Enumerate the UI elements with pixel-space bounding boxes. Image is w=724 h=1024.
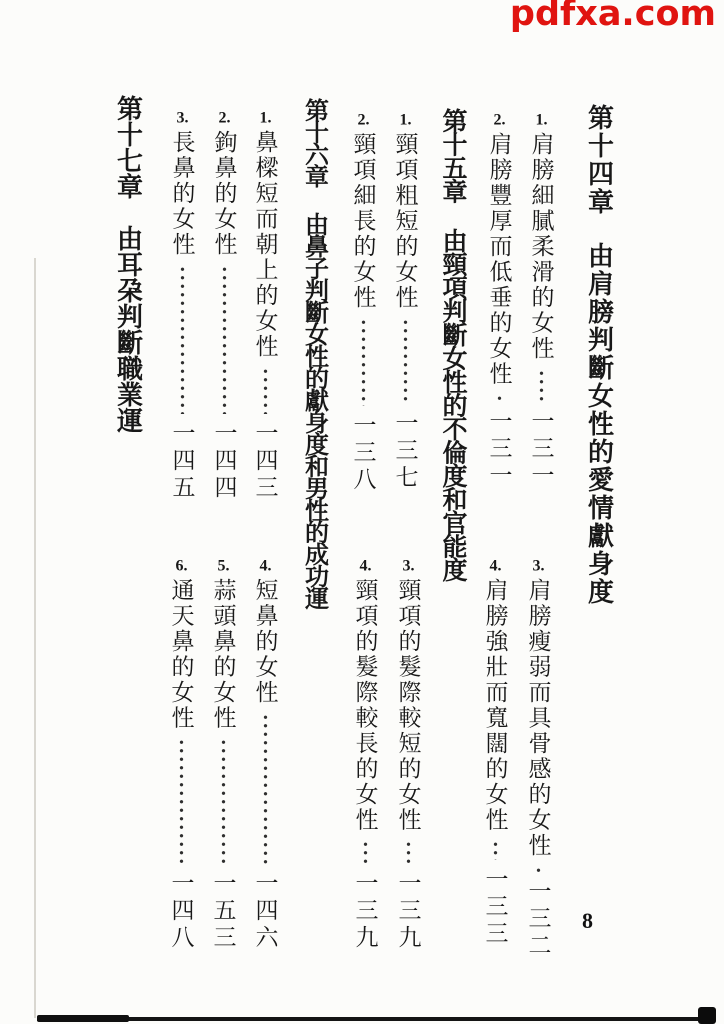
item-title: 短鼻的女性: [249, 578, 282, 706]
dot-leader: [362, 840, 369, 864]
item-title: 肩膀細膩柔滑的女性: [525, 132, 558, 362]
item-page-number: 一四四: [208, 421, 241, 502]
chapter-label: 第十七章: [110, 95, 147, 199]
item-number: 3.: [529, 558, 547, 574]
toc-item-15-3: 3. 頸項的髮際較短的女性 一三九: [387, 558, 429, 952]
item-title: 頸項的髮際較短的女性: [392, 578, 425, 833]
dot-leader: [221, 265, 228, 415]
toc-item-14-3: 3. 肩膀瘦弱而具骨感的女性 一三二: [517, 558, 559, 948]
toc-item-16-1: 1. 鼻樑短而朝上的女性 一四三: [244, 110, 286, 502]
item-number: 4.: [486, 558, 504, 574]
dot-leader: [220, 738, 227, 864]
dot-leader: [262, 713, 269, 865]
toc-item-16-5: 5. 蒜頭鼻的女性 一五三: [202, 558, 244, 952]
chapter-14-heading: 第十四章 由肩膀判斷女性的愛情獻身度: [573, 104, 625, 606]
item-page-number: 一五三: [207, 871, 240, 952]
dot-leader: [262, 367, 269, 415]
chapter-17-heading: 第十七章 由耳朶判斷職業運: [102, 95, 154, 433]
item-title: 長鼻的女性: [166, 130, 199, 258]
item-title: 鉤鼻的女性: [208, 130, 241, 258]
toc-item-16-6: 6. 通天鼻的女性 一四八: [160, 558, 202, 952]
item-title: 肩膀強壯而寬闊的女性: [479, 578, 512, 833]
item-page-number: 一三一: [483, 409, 516, 490]
item-number: 4.: [256, 558, 274, 574]
item-title: 肩膀瘦弱而具骨感的女性: [522, 578, 555, 859]
scan-artifact-bar: [37, 1017, 713, 1021]
page-fold-line: [34, 258, 36, 1018]
item-page-number: 一三七: [389, 411, 422, 492]
dot-leader: [496, 394, 503, 402]
item-title: 頸項粗短的女性: [389, 132, 422, 311]
dot-leader: [178, 738, 185, 864]
item-page-number: 一三九: [349, 871, 382, 952]
item-number: 4.: [356, 558, 374, 574]
scan-artifact-blob: [698, 1007, 716, 1024]
chapter-label: 第十六章: [298, 98, 333, 186]
item-page-number: 一三九: [392, 871, 425, 952]
item-number: 5.: [214, 558, 232, 574]
item-title: 頸項細長的女性: [347, 132, 380, 311]
dot-leader: [538, 369, 545, 403]
item-number: 6.: [172, 558, 190, 574]
item-page-number: 一四五: [166, 421, 199, 502]
item-number: 2.: [490, 112, 508, 128]
page-number: 8: [582, 908, 593, 934]
item-page-number: 一三一: [525, 409, 558, 490]
item-title: 肩膀豐厚而低垂的女性: [483, 132, 516, 387]
item-title: 頸項的髮際較長的女性: [349, 578, 382, 833]
toc-item-15-4: 4. 頸項的髮際較長的女性 一三九: [344, 558, 386, 952]
chapter-title: 由肩膀判斷女性的愛情獻身度: [581, 242, 618, 606]
toc-item-14-1: 1. 肩膀細膩柔滑的女性 一三一: [520, 112, 562, 490]
toc-item-16-4: 4. 短鼻的女性 一四六: [244, 558, 286, 952]
item-title: 通天鼻的女性: [165, 578, 198, 731]
item-number: 2.: [215, 110, 233, 126]
chapter-15-heading: 第十五章 由頸項判斷女性的不倫度和官能度: [427, 108, 479, 581]
dot-leader: [360, 318, 367, 407]
item-number: 3.: [399, 558, 417, 574]
watermark: pdfxa.com: [510, 0, 716, 34]
dot-leader: [405, 840, 412, 864]
toc-item-15-1: 1. 頸項粗短的女性 一三七: [384, 112, 426, 492]
dot-leader: [492, 840, 499, 860]
toc-item-14-2: 2. 肩膀豐厚而低垂的女性 一三一: [478, 112, 520, 490]
dot-leader: [535, 866, 542, 872]
dot-leader: [402, 318, 409, 405]
item-title: 蒜頭鼻的女性: [207, 578, 240, 731]
item-number: 3.: [173, 110, 191, 126]
item-page-number: 一三二: [522, 879, 555, 960]
toc-item-16-2: 2. 鉤鼻的女性 一四四: [203, 110, 245, 502]
item-page-number: 一四三: [249, 421, 282, 502]
chapter-label: 第十五章: [435, 108, 471, 202]
chapter-label: 第十四章: [581, 104, 618, 216]
item-page-number: 一四六: [249, 871, 282, 952]
chapter-16-heading: 第十六章 由鼻子判斷女性的獻身度和男性的成功運: [289, 98, 341, 608]
chapter-title: 由頸項判斷女性的不倫度和官能度: [435, 228, 471, 581]
dot-leader: [179, 265, 186, 415]
item-page-number: 一三八: [347, 413, 380, 494]
toc-item-15-2: 2. 頸項細長的女性 一三八: [342, 112, 384, 494]
scanned-toc-page: pdfxa.com 第十四章 由肩膀判斷女性的愛情獻身度 1. 肩膀細膩柔滑的女…: [0, 0, 724, 1024]
chapter-title: 由耳朶判斷職業運: [110, 225, 147, 433]
toc-item-16-3: 3. 長鼻的女性 一四五: [161, 110, 203, 502]
item-page-number: 一四八: [165, 871, 198, 952]
item-number: 2.: [354, 112, 372, 128]
toc-item-14-4: 4. 肩膀強壯而寬闊的女性 一三三: [474, 558, 516, 948]
item-number: 1.: [396, 112, 414, 128]
scan-artifact-bar-left: [37, 1015, 129, 1022]
item-number: 1.: [532, 112, 550, 128]
item-number: 1.: [256, 110, 274, 126]
item-page-number: 一三三: [479, 867, 512, 948]
item-title: 鼻樑短而朝上的女性: [249, 130, 282, 360]
chapter-title: 由鼻子判斷女性的獻身度和男性的成功運: [298, 212, 333, 608]
